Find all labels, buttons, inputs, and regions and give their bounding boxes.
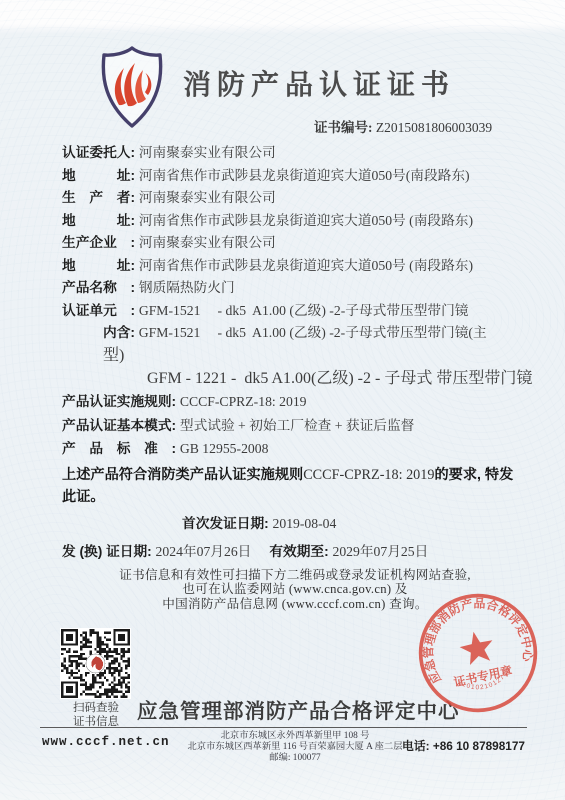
- field-label: 生 产 者:: [62, 187, 139, 210]
- first-issue-label: 首次发证日期:: [182, 512, 273, 535]
- valid-until-value: 2029年07月25日: [332, 539, 428, 565]
- contains-value: GFM-1521 - dk5 A1.00 (乙级) -2-子母式带压型带门镜(主: [139, 322, 487, 345]
- field-row-address-3: 地 址: 河南省焦作市武陟县龙泉街道迎宾大道050号 (南段路东): [62, 255, 528, 278]
- field-value: 河南省焦作市武陟县龙泉街道迎宾大道050号 (南段路东): [139, 210, 473, 233]
- footer-divider: [40, 727, 527, 728]
- official-seal: 应急管理部消防产品合格评定中心 证书专用章 11010210127041: [404, 579, 551, 726]
- contains-label: 内含:: [103, 322, 139, 345]
- field-row-producer: 生 产 者: 河南聚泰实业有限公司: [62, 187, 528, 210]
- field-label: 地 址:: [62, 210, 139, 233]
- field-row-address-1: 地 址: 河南省焦作市武陟县龙泉街道迎宾大道050号(南段路东): [62, 165, 528, 188]
- issue-date-row: 发 (换) 证日期: 2024年07月26日 有效期至: 2029年07月25日: [62, 539, 528, 565]
- field-value: 河南聚泰实业有限公司: [139, 187, 276, 210]
- field-row-manufacturer: 生产企业 : 河南聚泰实业有限公司: [62, 232, 528, 255]
- qr-caption-line-1: 扫码查验: [40, 702, 152, 716]
- contains-line-1: 内含: GFM-1521 - dk5 A1.00 (乙级) -2-子母式带压型带…: [103, 322, 528, 345]
- rule-label: 产品认证基本模式:: [62, 414, 180, 438]
- field-value: 河南省焦作市武陟县龙泉街道迎宾大道050号(南段路东): [139, 165, 470, 188]
- rule-label: 产品认证实施规则:: [62, 390, 180, 414]
- qr-caption: 扫码查验 证书信息: [40, 702, 152, 729]
- rule-row-implementation: 产品认证实施规则: CCCF-CPRZ-18: 2019: [62, 390, 528, 414]
- rule-value: GB 12955-2008: [180, 437, 269, 461]
- field-label: 认证单元 :: [62, 300, 139, 323]
- field-value: GFM-1521 - dk5 A1.00 (乙级) -2-子母式带压型带门镜: [139, 300, 469, 323]
- statement-rule-code: CCCF-CPRZ-18: 2019: [303, 467, 434, 483]
- rule-label: 产 品 标 准 :: [62, 437, 180, 461]
- certificate-number-label: 证书编号:: [314, 120, 376, 135]
- statement-part-1: 上述产品符合消防类产品认证实施规则: [62, 467, 303, 483]
- rule-row-standard: 产 品 标 准 : GB 12955-2008: [62, 437, 528, 461]
- field-value: 河南聚泰实业有限公司: [139, 142, 276, 165]
- field-value: 河南聚泰实业有限公司: [139, 232, 276, 255]
- certificate-number-value: Z2015081806003039: [376, 120, 492, 135]
- first-issue-date-row: 首次发证日期: 2019-08-04: [182, 512, 528, 535]
- footer-address-line-1: 北京市东城区永外西革新里甲 108 号: [150, 731, 440, 742]
- certificate-body: 认证委托人: 河南聚泰实业有限公司 地 址: 河南省焦作市武陟县龙泉街道迎宾大道…: [62, 142, 528, 611]
- rule-value: 型式试验 + 初始工厂检查 + 获证后监督: [180, 414, 414, 438]
- field-row-address-2: 地 址: 河南省焦作市武陟县龙泉街道迎宾大道050号 (南段路东): [62, 210, 528, 233]
- qr-code: [60, 628, 131, 699]
- field-label: 认证委托人:: [62, 142, 139, 165]
- spacer: [251, 539, 269, 565]
- conformity-statement: 上述产品符合消防类产品认证实施规则CCCF-CPRZ-18: 2019的要求, …: [62, 464, 522, 509]
- field-row-applicant: 认证委托人: 河南聚泰实业有限公司: [62, 142, 528, 165]
- footer-phone: 电话: +86 10 87898177: [402, 737, 525, 754]
- field-label: 产品名称 :: [62, 277, 139, 300]
- issue-date-value: 2024年07月26日: [156, 539, 252, 565]
- rules-block: 产品认证实施规则: CCCF-CPRZ-18: 2019 产品认证基本模式: 型…: [62, 390, 528, 461]
- notice-line-1: 证书信息和有效性可扫描下方二维码或登录发证机构网站查验,: [62, 568, 528, 583]
- field-label: 地 址:: [62, 165, 139, 188]
- field-row-product-name: 产品名称 : 钢质隔热防火门: [62, 277, 528, 300]
- field-label: 地 址:: [62, 255, 139, 278]
- certificate-page: 消防产品认证证书 证书编号: Z2015081806003039 认证委托人: …: [0, 0, 565, 800]
- unit-contains-block: 内含: GFM-1521 - dk5 A1.00 (乙级) -2-子母式带压型带…: [62, 322, 528, 390]
- footer-postcode: 邮编: 100077: [150, 753, 440, 764]
- footer-address-line-2: 北京市东城区西革新里 116 号百荣嘉园大厦 A 座二层: [150, 742, 440, 753]
- footer-address-block: 北京市东城区永外西革新里甲 108 号 北京市东城区西革新里 116 号百荣嘉园…: [150, 731, 440, 764]
- first-issue-value: 2019-08-04: [273, 512, 337, 535]
- fire-shield-logo-icon: [92, 42, 172, 132]
- field-label: 生产企业 :: [62, 232, 139, 255]
- issuing-organization-name: 应急管理部消防产品合格评定中心: [137, 694, 460, 724]
- certificate-title: 消防产品认证证书: [183, 63, 455, 103]
- field-value: 钢质隔热防火门: [139, 277, 235, 300]
- contains-line-3: GFM - 1221 - dk5 A1.00(乙级) -2 - 子母式 带压型带…: [147, 367, 528, 390]
- seal-star-icon: [457, 628, 496, 666]
- issue-date-label: 发 (换) 证日期:: [62, 539, 156, 565]
- certificate-number: 证书编号: Z2015081806003039: [314, 116, 492, 136]
- field-row-certification-unit: 认证单元 : GFM-1521 - dk5 A1.00 (乙级) -2-子母式带…: [62, 300, 528, 323]
- valid-until-label: 有效期至:: [269, 539, 332, 565]
- rule-row-mode: 产品认证基本模式: 型式试验 + 初始工厂检查 + 获证后监督: [62, 414, 528, 438]
- rule-value: CCCF-CPRZ-18: 2019: [180, 390, 307, 414]
- field-value: 河南省焦作市武陟县龙泉街道迎宾大道050号 (南段路东): [139, 255, 473, 278]
- contains-line-2: 型): [103, 345, 528, 368]
